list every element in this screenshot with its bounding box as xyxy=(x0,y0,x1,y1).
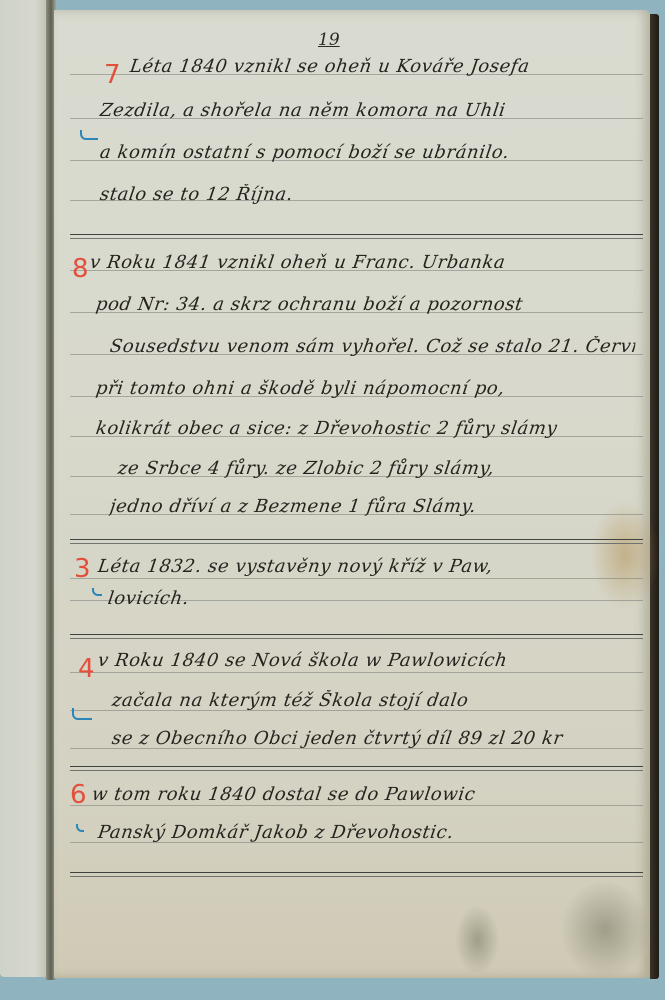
ruled-line xyxy=(70,578,643,579)
text-line: kolikrát obec a sice: z Dřevohostic 2 fů… xyxy=(95,418,637,439)
text-line: lovicích. xyxy=(107,588,637,609)
page-number: 19 xyxy=(318,30,340,50)
dirt-smudge xyxy=(455,905,500,975)
red-entry-number: 7 xyxy=(104,62,121,88)
section-divider xyxy=(70,539,643,544)
facing-page-edge xyxy=(0,0,50,977)
text-line: pod Nr: 34. a skrz ochranu boží a pozorn… xyxy=(95,294,637,315)
text-line: w tom roku 1840 dostal se do Pawlowic xyxy=(91,784,637,805)
text-line: se z Obecního Obci jeden čtvrtý díl 89 z… xyxy=(111,728,637,749)
text-line: v Roku 1840 se Nová škola w Pawlowicích xyxy=(97,650,637,671)
text-line: a komín ostatní s pomocí boží se ubránil… xyxy=(99,142,637,163)
text-line: Zezdila, a shořela na něm komora na Uhli xyxy=(99,100,637,121)
text-line: Sousedstvu venom sám vyhořel. Což se sta… xyxy=(109,336,637,357)
text-line: jedno dříví a z Bezmene 1 fůra Slámy. xyxy=(109,496,637,517)
text-line: ze Srbce 4 fůry. ze Zlobic 2 fůry slámy, xyxy=(117,458,637,479)
section-divider xyxy=(70,634,643,639)
ruled-line xyxy=(70,805,643,806)
ruled-line xyxy=(70,672,643,673)
section-divider xyxy=(70,766,643,771)
red-entry-number: 4 xyxy=(78,656,95,682)
blue-bracket-mark xyxy=(92,588,102,596)
red-entry-number: 6 xyxy=(70,782,87,808)
text-line: při tomto ohni a škodě byli nápomocní po… xyxy=(95,378,637,399)
text-line: Léta 1832. se vystavěny nový kříž v Paw, xyxy=(97,556,637,577)
text-line: v Roku 1841 vznikl oheň u Franc. Urbanka xyxy=(89,252,637,273)
red-entry-number: 3 xyxy=(74,556,91,582)
section-divider xyxy=(70,872,643,877)
blue-bracket-mark xyxy=(72,708,92,720)
red-entry-number: 8 xyxy=(72,256,89,282)
text-line: začala na kterým též Škola stojí dalo xyxy=(111,690,637,711)
text-line: stalo se to 12 Října. xyxy=(99,184,637,205)
text-line: Léta 1840 vznikl se oheň u Kováře Josefa xyxy=(129,56,637,77)
book-cover-edge xyxy=(650,14,659,979)
text-line: Panský Domkář Jakob z Dřevohostic. xyxy=(97,822,637,843)
blue-bracket-mark xyxy=(80,130,98,140)
dirt-smudge xyxy=(560,880,650,980)
section-divider xyxy=(70,234,643,239)
